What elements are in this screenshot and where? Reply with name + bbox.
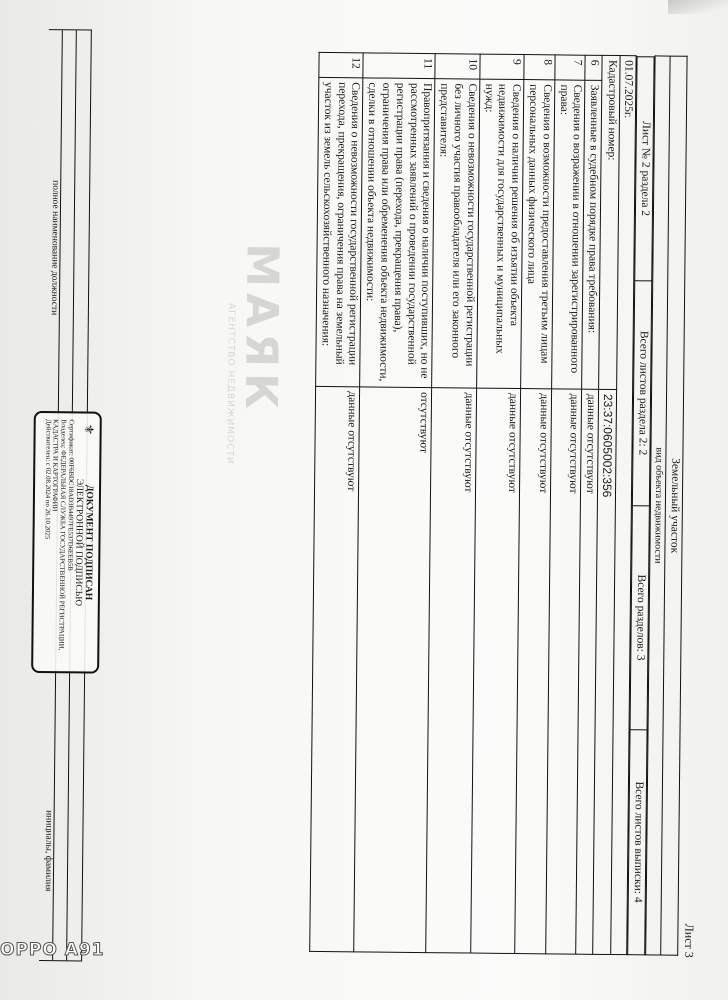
watermark-brand: МАЯК <box>234 243 287 465</box>
row-label: Сведения о наличии решения об изъятии об… <box>476 79 524 388</box>
sheet-of-section: Лист № 2 раздела 2 <box>635 56 654 281</box>
row-value: данные отсутствуют <box>426 388 476 953</box>
stamp-owner: Владелец: ФЕДЕРАЛЬНАЯ СЛУЖБА ГОСУДАРСТВЕ… <box>49 419 67 665</box>
row-number: 9 <box>480 54 525 79</box>
row-label: Сведения о невозможности государственной… <box>316 77 364 386</box>
agency-watermark: МАЯК АГЕНТСТВО НЕДВИЖИМОСТИ <box>224 243 287 465</box>
table-row: 10Сведения о невозможности государственн… <box>426 54 480 953</box>
emblem-icon: ⚜ <box>81 421 97 437</box>
electronic-signature-stamp: ⚜ ДОКУМЕНТ ПОДПИСАН ЭЛЕКТРОННОЙ ПОДПИСЬЮ… <box>31 411 102 674</box>
row-value: данные отсутствуют <box>310 386 360 951</box>
watermark-tagline: АГЕНТСТВО НЕДВИЖИМОСТИ <box>224 303 236 465</box>
table-row: 11Правопритязания и сведения о наличии п… <box>354 53 435 953</box>
table-row: 9Сведения о наличии решения об изъятии о… <box>471 54 525 953</box>
camera-device-mark: OPPO A91 <box>0 940 105 960</box>
extract-table: Земельный участок вид объекта недвижимос… <box>309 52 687 956</box>
row-label: Правопритязания и сведения о наличии пос… <box>360 78 435 388</box>
row-value: данные отсутствуют <box>471 388 521 953</box>
extract-rows: 6Заявленные в судебном порядке права тре… <box>310 52 603 954</box>
row-number: 12 <box>319 52 364 77</box>
row-number: 8 <box>524 55 555 80</box>
row-number: 7 <box>555 55 586 80</box>
total-sheets-extract: Всего листов выписки: 4 <box>628 730 647 955</box>
cadastral-label: Кадастровый номер: <box>599 55 620 389</box>
row-number: 10 <box>435 54 480 79</box>
total-sections: Всего разделов: 3 <box>630 505 649 730</box>
paper-corner-shadow <box>668 0 728 14</box>
name-caption: инициалы, фамилия <box>43 810 54 891</box>
total-sheets-section: Всего листов раздела 2: 2 <box>633 281 652 506</box>
row-label: Сведения о возможности предоставления тр… <box>521 80 555 389</box>
row-label: Сведения о невозможности государственной… <box>432 79 480 388</box>
position-caption: полное наименование должности <box>49 180 60 315</box>
row-label: Сведения о возражении в отношении зареги… <box>551 80 585 389</box>
row-number: 11 <box>363 53 435 79</box>
row-value: отсутствуют <box>354 387 432 953</box>
row-value: данные отсутствуют <box>546 389 583 954</box>
row-number: 6 <box>585 55 602 80</box>
row-value: данные отсутствуют <box>515 389 552 954</box>
scanned-paper: Лист 3 Земельный участок вид объекта нед… <box>0 0 728 1000</box>
row-label: Заявленные в судебном порядке права треб… <box>582 80 602 389</box>
table-row: 12Сведения о невозможности государственн… <box>310 52 364 951</box>
rotated-document-page: Лист 3 Земельный участок вид объекта нед… <box>0 11 710 978</box>
sheet-number: Лист 3 <box>681 924 696 958</box>
